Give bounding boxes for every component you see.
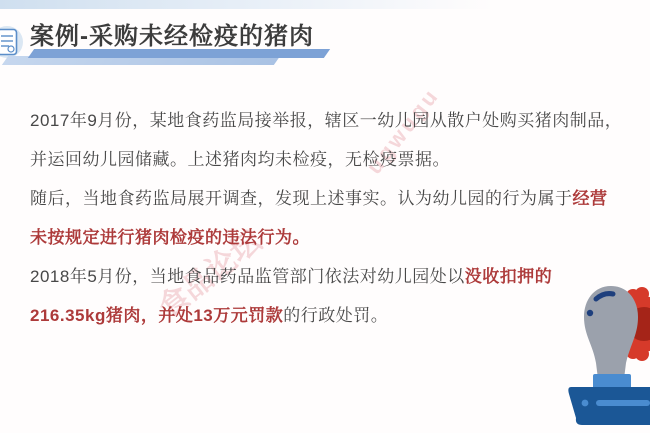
paragraph: 2017年9月份，某地食药监局接举报，辖区一幼儿园从散户处购买猪肉制品，并运回幼… [30,101,624,179]
body-text: 2017年9月份，某地食药监局接举报，辖区一幼儿园从散户处购买猪肉制品，并运回幼… [30,111,622,169]
title-underline-main [28,49,330,58]
rubber-stamp-illustration [538,282,650,433]
body-text: 2018年5月份，当地食品药品监管部门依法对幼儿园处以 [30,267,465,286]
body-paragraphs: 2017年9月份，某地食药监局接举报，辖区一幼儿园从散户处购买猪肉制品，并运回幼… [30,101,624,335]
paragraph: 2018年5月份，当地食品药品监管部门依法对幼儿园处以没收扣押的216.35kg… [30,257,624,335]
slide-title: 案例-采购未经检疫的猪肉 [30,16,314,51]
body-text: 的行政处罚。 [283,306,388,325]
paragraph: 随后，当地食药监局展开调查，发现上述事实。认为幼儿园的行为属于经营未按规定进行猪… [30,179,624,257]
body-text: 随后，当地食药监局展开调查，发现上述事实。认为幼儿园的行为属于 [30,189,573,208]
slide: 案例-采购未经检疫的猪肉 食品论坛 ugwugu 2017年9月份，某地食药监局… [0,0,650,433]
top-gradient-band [0,0,520,9]
